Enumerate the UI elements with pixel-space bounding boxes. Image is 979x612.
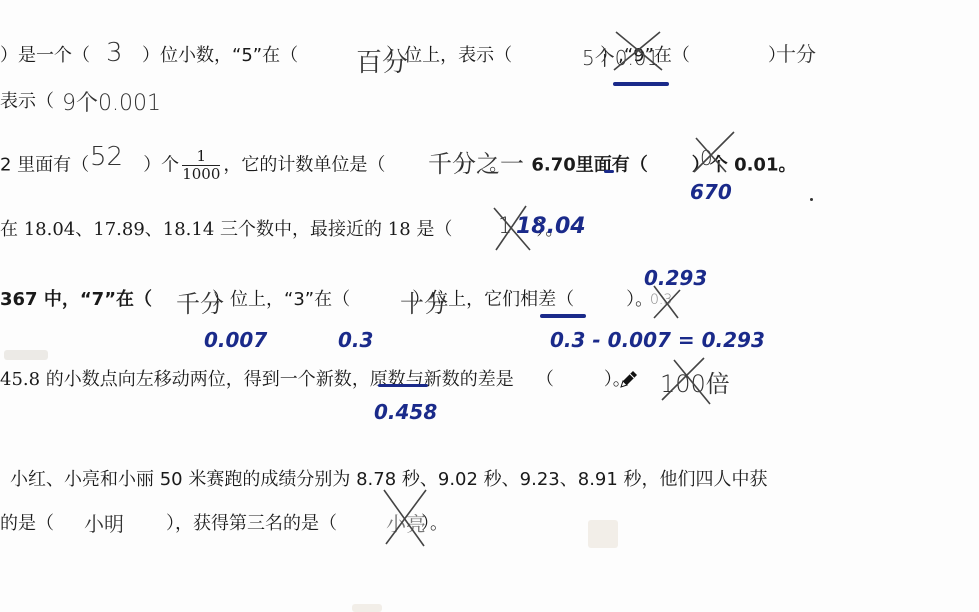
q2-text-c: ，它的计数单位是（ [223, 155, 385, 176]
speck [810, 198, 813, 201]
cross-mark-icon [610, 30, 670, 74]
q6-answer-first[interactable]: 小明 [84, 508, 124, 537]
q4-text-e: 相差（ [520, 289, 574, 310]
q4-text-a: 367 中，“7”在（ [0, 289, 152, 310]
q5-note-newnumber: 0.458 [374, 400, 437, 424]
q2-correction: 670 [690, 180, 732, 204]
q1-answer-place5[interactable]: 百分 [356, 42, 408, 79]
q5-text-b: 新数 [316, 369, 352, 390]
q1-answer-digits[interactable]: 3 [106, 38, 123, 68]
fraction-numerator: 1 [182, 148, 220, 166]
q4-underline-mark [540, 314, 586, 318]
pencil-icon[interactable] [618, 368, 640, 390]
q1-text-f: 表示（ [0, 91, 54, 112]
fraction-denominator: 1000 [182, 166, 220, 183]
q6-text-a: 的是（ [0, 513, 54, 534]
q2-underline-mark [604, 170, 614, 173]
q4-note-value3: 0.3 [338, 328, 373, 352]
q5-underline-mark [378, 384, 428, 387]
q1-answer-meaning9[interactable]: 9个0.001 [62, 86, 161, 117]
fraction: 11000 [182, 148, 220, 183]
q2-answer-unit[interactable]: 千分之一 [428, 144, 524, 179]
q4-answer-place7[interactable]: 千分 [176, 284, 224, 319]
q4-text-d: 它们 [484, 289, 520, 310]
q2-text-b: ）个 [143, 155, 179, 176]
q3-text-a: 在 18.04、17.89、18.14 三个数中，最接近的 18 是（ [0, 219, 452, 240]
cross-mark-icon [660, 356, 714, 406]
q5-text-a: 45.8 的小数点向左移动两位，得到一个 [0, 369, 316, 390]
q1-text-b: ）位小数，“5”在（ [142, 45, 298, 66]
cross-mark-icon [378, 488, 430, 548]
q3-line: 在 18.04、17.89、18.14 三个数中，最接近的 18 是（）。 [0, 218, 563, 242]
cross-mark-icon [690, 130, 738, 174]
q4-note-value7: 0.007 [204, 328, 267, 352]
q1-underline-mark [613, 82, 669, 86]
q4-answer-place3[interactable]: 十分 [400, 284, 448, 319]
q1-answer-place9[interactable]: 十分 [776, 38, 816, 67]
smudge [588, 520, 618, 548]
q5-text-d: （ [536, 369, 554, 390]
q3-correction: 18.04 [516, 214, 586, 239]
q5-line: 45.8 的小数点向左移动两位，得到一个新数，原数与新数的差是（）。 [0, 368, 631, 392]
smudge [4, 350, 48, 360]
q4-text-b: ）位上，“3”在（ [212, 289, 350, 310]
q5-text-c: ，原数与新数的差是 [352, 369, 514, 390]
q2-answer-count[interactable]: 52 [90, 142, 123, 172]
smudge [352, 604, 382, 612]
q2-text-f: 6.70里面有（ [531, 155, 647, 176]
q1-text-a: ）是一个（ [0, 45, 90, 66]
q6-text-b: ），获得第三名的是（ [166, 513, 337, 534]
q4-note-calc: 0.3 - 0.007 = 0.293 [550, 328, 765, 352]
q2-text-a: 2 里面有（ [0, 155, 89, 176]
q4-correction: 0.293 [644, 266, 707, 290]
q1-line2: 表示（ [0, 90, 54, 114]
q4-line: 367 中，“7”在（）位上，“3”在（）位上，它们相差（）。 [0, 288, 653, 312]
